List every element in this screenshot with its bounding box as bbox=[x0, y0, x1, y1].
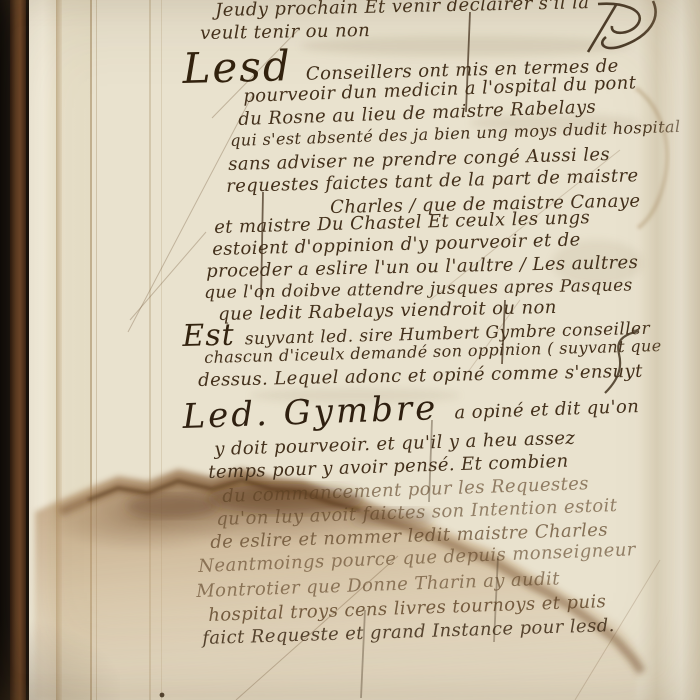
manuscript-line: veult tenir ou non bbox=[200, 22, 370, 43]
book-spine-leather bbox=[10, 0, 27, 700]
manuscript-line: Jeudy prochain Et venir declairer s'il l… bbox=[215, 0, 590, 20]
manuscript-photo: Jeudy prochain Et venir declairer s'il l… bbox=[0, 0, 700, 700]
flourished-initial: Led. Gymbre bbox=[182, 388, 439, 437]
manuscript-line: que l'on doibve attendre jusques apres P… bbox=[204, 278, 633, 302]
manuscript-heading-line: Led. Gymbrea opiné et dit qu'on bbox=[182, 384, 640, 434]
page-curve-highlight bbox=[638, 0, 700, 700]
manuscript-line-text: a opiné et dit qu'on bbox=[454, 396, 639, 423]
corner-shadow bbox=[0, 620, 120, 700]
